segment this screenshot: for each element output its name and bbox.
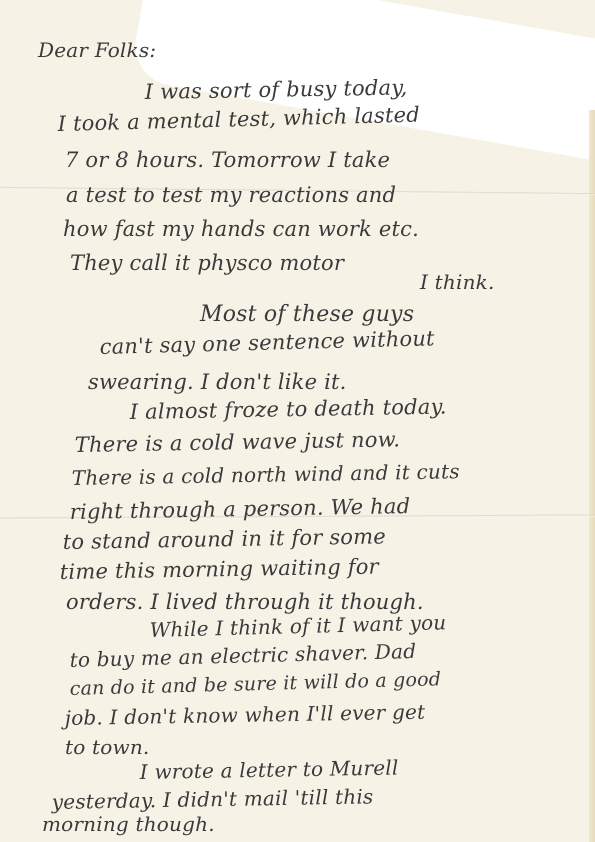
letter-line: to stand around in it for some <box>63 524 387 554</box>
letter-line: can't say one sentence without <box>99 326 435 359</box>
letter-line: They call it physco motor <box>70 251 344 275</box>
letter-line: to town. <box>65 735 149 759</box>
letter-line: orders. I lived through it though. <box>66 590 424 614</box>
letter-line: to buy me an electric shaver. Dad <box>69 639 416 672</box>
letter-line: job. I don't know when I'll ever get <box>65 700 426 730</box>
letter-line: I wrote a letter to Murell <box>140 755 399 784</box>
letter-line: right through a person. We had <box>70 494 411 524</box>
letter-line: time this morning waiting for <box>60 554 379 584</box>
letter-line: I took a mental test, which lasted <box>57 103 420 136</box>
salutation: Dear Folks: <box>38 38 156 62</box>
letter-line: 7 or 8 hours. Tomorrow I take <box>65 148 390 172</box>
letter-line: I think. <box>420 270 495 294</box>
letter-line: morning though. <box>42 812 215 836</box>
letter-line: yesterday. I didn't mail 'till this <box>52 784 374 814</box>
letter-line: While I think of it I want you <box>149 610 446 642</box>
letter-line: There is a cold north wind and it cuts <box>72 459 460 490</box>
paper-edge <box>589 110 595 842</box>
letter-line: can do it and be sure it will do a good <box>69 668 441 700</box>
letter-line: There is a cold wave just now. <box>75 427 401 457</box>
letter-line: I almost froze to death today. <box>130 394 447 424</box>
letter-page: Dear Folks: I was sort of busy today, I … <box>0 0 595 842</box>
letter-line: Most of these guys <box>200 302 414 327</box>
letter-line: how fast my hands can work etc. <box>63 217 419 241</box>
letter-line: a test to test my reactions and <box>66 183 396 207</box>
letter-line: swearing. I don't like it. <box>88 370 347 394</box>
letter-line: I was sort of busy today, <box>145 75 408 104</box>
